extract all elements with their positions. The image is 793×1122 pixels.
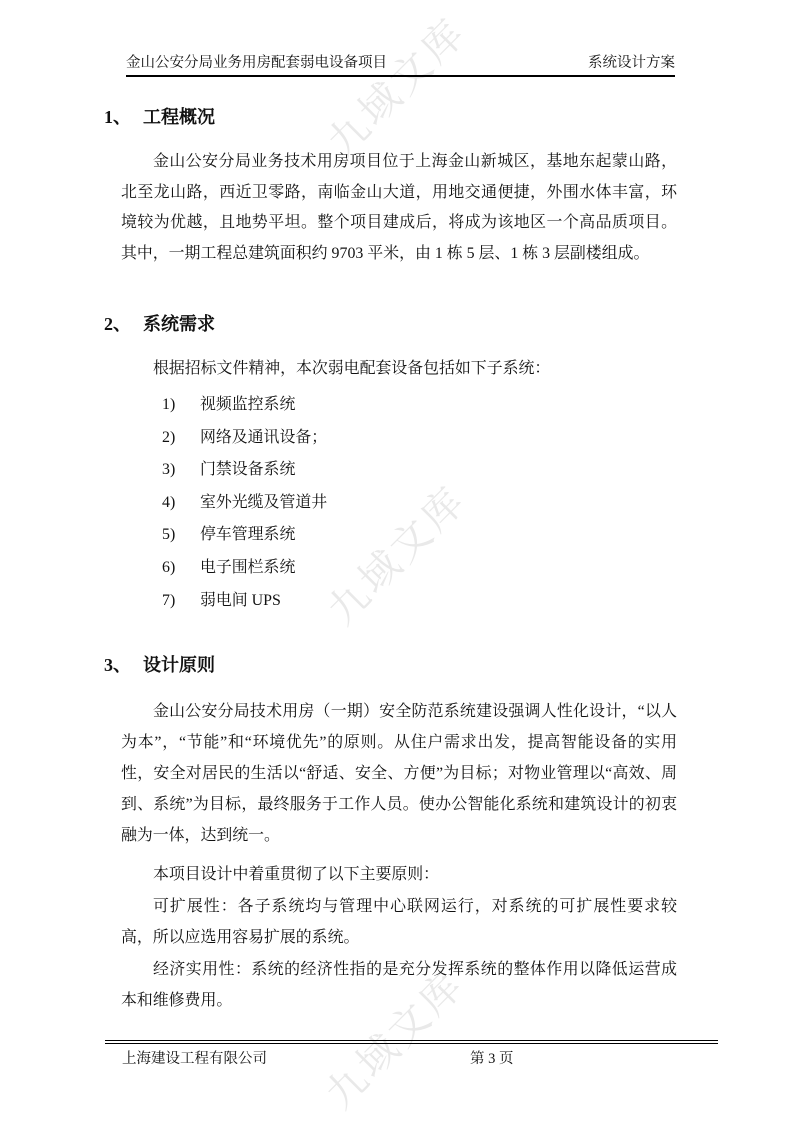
section-2-intro: 根据招标文件精神，本次弱电配套设备包括如下子系统： [121, 354, 677, 385]
list-item-label: 弱电间 UPS [200, 592, 281, 609]
list-item: 5) 停车管理系统 [162, 526, 642, 543]
list-item-number: 7) [162, 592, 200, 609]
section-3-paragraph-3: 可扩展性：各子系统均与管理中心联网运行，对系统的可扩展性要求较高，所以应选用容易… [121, 891, 677, 953]
watermark-top: 九域文库 [313, 3, 478, 168]
list-item-label: 网络及通讯设备； [200, 429, 327, 446]
section-1-number: 1、 [104, 106, 143, 128]
document-page: 九域文库 九域文库 九域文库 金山公安分局业务用房配套弱电设备项目 系统设计方案… [0, 0, 793, 1122]
list-item-number: 4) [162, 494, 200, 511]
footer-page-number: 第 3 页 [470, 1051, 514, 1068]
list-item-label: 停车管理系统 [200, 526, 295, 543]
list-item: 6) 电子围栏系统 [162, 559, 642, 576]
list-item: 3) 门禁设备系统 [162, 461, 642, 478]
section-2-title: 系统需求 [143, 314, 215, 334]
list-item-number: 6) [162, 559, 200, 576]
list-item: 7) 弱电间 UPS [162, 592, 642, 609]
section-3-title: 设计原则 [143, 655, 215, 675]
subsystem-list: 1) 视频监控系统 2) 网络及通讯设备； 3) 门禁设备系统 4) 室外光缆及… [162, 396, 642, 624]
list-item-label: 门禁设备系统 [200, 461, 295, 478]
list-item: 4) 室外光缆及管道井 [162, 494, 642, 511]
section-3-paragraph-2: 本项目设计中着重贯彻了以下主要原则： [121, 859, 677, 890]
list-item-number: 3) [162, 461, 200, 478]
section-1-title: 工程概况 [143, 107, 215, 127]
header-right-title: 系统设计方案 [588, 55, 675, 72]
list-item: 2) 网络及通讯设备； [162, 429, 642, 446]
section-1-paragraph: 金山公安分局业务技术用房项目位于上海金山新城区，基地东起蒙山路，北至龙山路，西近… [121, 147, 677, 269]
list-item-label: 视频监控系统 [200, 396, 295, 413]
list-item-number: 2) [162, 429, 200, 446]
page-header: 金山公安分局业务用房配套弱电设备项目 系统设计方案 [126, 55, 675, 77]
section-3-paragraph-4: 经济实用性：系统的经济性指的是充分发挥系统的整体作用以降低运营成本和维修费用。 [121, 954, 677, 1016]
section-2-heading: 2、系统需求 [104, 313, 215, 335]
section-1-heading: 1、工程概况 [104, 106, 215, 128]
list-item-label: 室外光缆及管道井 [200, 494, 327, 511]
list-item: 1) 视频监控系统 [162, 396, 642, 413]
section-2-number: 2、 [104, 313, 143, 335]
list-item-number: 1) [162, 396, 200, 413]
page-footer: 上海建设工程有限公司 第 3 页 [105, 1040, 718, 1068]
list-item-number: 5) [162, 526, 200, 543]
section-3-number: 3、 [104, 654, 143, 676]
list-item-label: 电子围栏系统 [200, 559, 295, 576]
section-3-paragraph-1: 金山公安分局技术用房（一期）安全防范系统建设强调人性化设计，“以人为本”，“节能… [121, 696, 677, 851]
header-left-title: 金山公安分局业务用房配套弱电设备项目 [126, 55, 387, 72]
section-3-heading: 3、设计原则 [104, 654, 215, 676]
footer-company-name: 上海建设工程有限公司 [122, 1051, 267, 1068]
